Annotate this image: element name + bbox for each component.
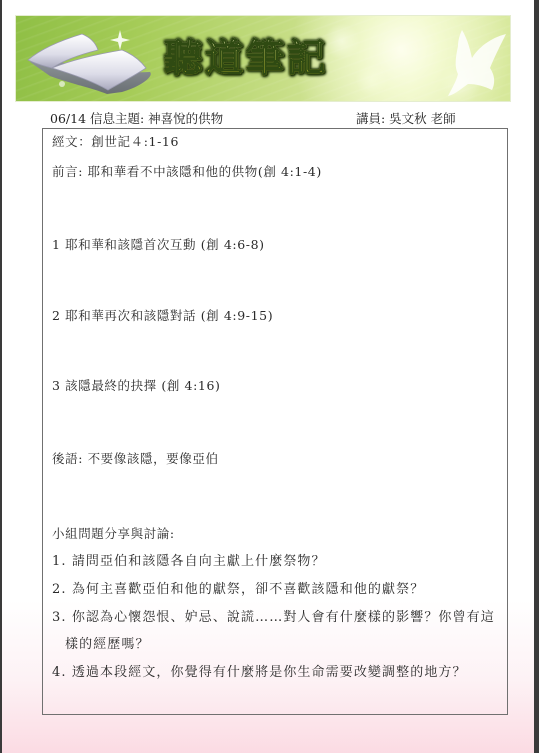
discussion-question-3-continued: 樣的經歷嗎？ [65, 633, 150, 652]
sermon-notes-page: 聽道筆記 06/14 信息主題: 神喜悅的供物 講員: 吳文秋 老師 經文：創世… [2, 0, 534, 753]
open-book-icon [22, 24, 157, 96]
point-2: 2 耶和華再次和該隱對話 (創 4:9-15) [52, 306, 273, 324]
discussion-question-2: 2. 為何主喜歡亞伯和他的獻祭，卻不喜歡該隱和他的獻祭？ [52, 578, 424, 597]
dove-icon [444, 26, 510, 98]
scripture-reference: 經文：創世記４:1-16 [52, 132, 179, 150]
point-1: 1 耶和華和該隱首次互動 (創 4:6-8) [52, 235, 265, 253]
sermon-topic: 06/14 信息主題: 神喜悅的供物 [50, 109, 223, 127]
conclusion-line: 後語: 不要像該隱，要像亞伯 [52, 449, 219, 467]
discussion-question-1: 1. 請問亞伯和該隱各自向主獻上什麼祭物？ [52, 550, 326, 569]
discussion-question-3: 3. 你認為心懷怨恨、妒忌、說謊……對人會有什麼樣的影響？你曾有這 [52, 606, 495, 625]
discussion-heading: 小組問題分享與討論: [52, 524, 175, 542]
point-3: 3 該隱最終的抉擇 (創 4:16) [52, 376, 221, 394]
intro-line: 前言: 耶和華看不中該隱和他的供物(創 4:1-4) [52, 162, 322, 180]
sermon-header: 06/14 信息主題: 神喜悅的供物 講員: 吳文秋 老師 [50, 109, 480, 127]
discussion-question-4: 4. 透過本段經文，你覺得有什麼將是你生命需要改變調整的地方？ [52, 661, 467, 680]
speaker-name: 講員: 吳文秋 老師 [356, 109, 456, 127]
notes-box: 經文：創世記４:1-16 前言: 耶和華看不中該隱和他的供物(創 4:1-4) … [42, 128, 508, 715]
banner-title: 聽道筆記 [164, 36, 328, 80]
header-banner: 聽道筆記 [15, 15, 511, 102]
